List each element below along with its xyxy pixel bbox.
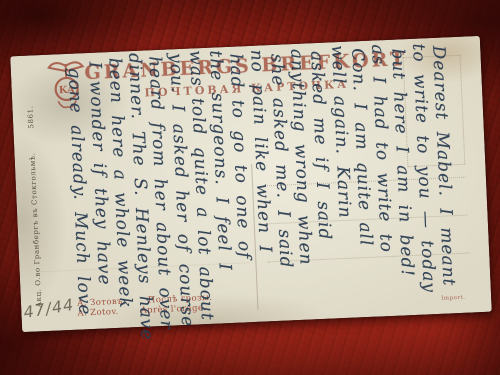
handwritten-message: Dearest Mabel. I meant to write to you —… (10, 36, 492, 332)
postcard: GRANBERGS BREFKORT ПОЧТОВАЯ КАРТОЧКА KA … (10, 36, 492, 332)
photo-of-postcard-on-leather: GRANBERGS BREFKORT ПОЧТОВАЯ КАРТОЧКА KA … (0, 0, 500, 375)
